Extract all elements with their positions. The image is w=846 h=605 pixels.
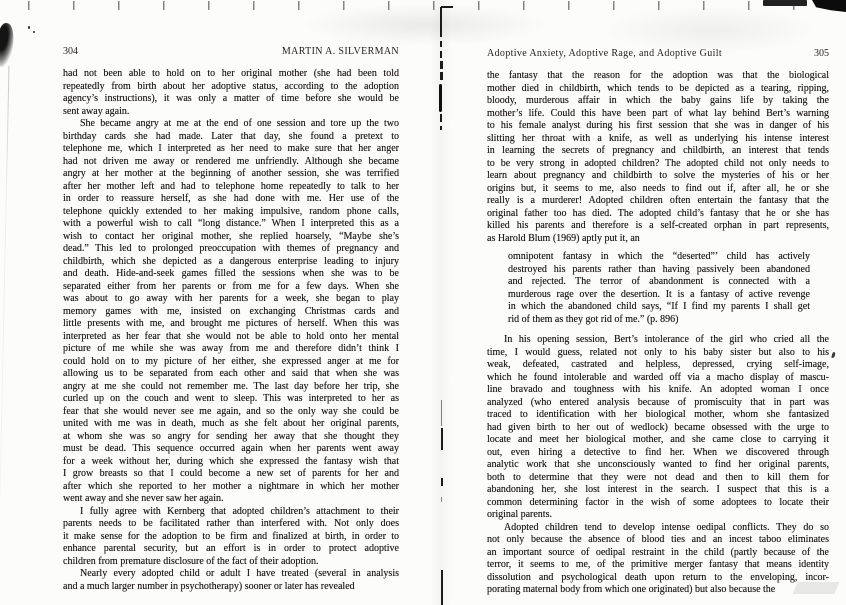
text-line: angry at her mother at the beginning of …	[63, 168, 399, 181]
text-line: mother’s life. Could this have been part…	[487, 108, 829, 121]
text-line: separated either from her parents or fro…	[63, 281, 399, 294]
text-line: original parents.	[487, 509, 829, 522]
paragraph: had not been able to hold on to her orig…	[63, 68, 399, 118]
page-right-header: Adoptive Anxiety, Adoptive Rage, and Ado…	[487, 48, 829, 60]
paragraph: Nearly every adopted child or adult I ha…	[63, 568, 399, 593]
gutter-line-segment	[440, 126, 442, 130]
gutter-line-segment	[439, 84, 442, 112]
gutter-line-segment	[440, 72, 443, 80]
text-line: an important source of oedipal restraint…	[487, 547, 829, 560]
text-line: must be dead. This sequence occurred aga…	[63, 443, 399, 456]
text-line: after which she reported to her mother a…	[63, 481, 399, 494]
text-line: the fantasy that the reason for the adop…	[487, 70, 829, 83]
text-line: was about to go away with her parents fo…	[63, 293, 399, 306]
gutter-line-segment	[440, 51, 442, 58]
text-line: little presents with me, and brought me …	[63, 318, 399, 331]
text-line: line bravado and toughness with his knif…	[487, 384, 829, 397]
gutter-line-segment	[441, 497, 442, 502]
text-line: allowing us to be separated from each ot…	[63, 368, 399, 381]
text-line: at whom she was so angry for sending her…	[63, 431, 399, 444]
text-line: dead.” This led to prolonged preoccupati…	[63, 243, 399, 256]
gutter-line-segment	[441, 478, 443, 486]
text-line: out, even hiring a detective to find her…	[487, 447, 829, 460]
page-number-left: 304	[63, 46, 78, 58]
page-left-header: 304 MARTIN A. SILVERMAN	[63, 46, 399, 58]
text-line: original father too has died. The adopte…	[487, 208, 829, 221]
text-line: She became angry at me at the end of one…	[63, 118, 399, 131]
scanned-book-spread: { "left_page": { "page_number": "304", "…	[0, 0, 846, 605]
text-line: analytic work that she unconsciously wan…	[487, 459, 829, 472]
text-line: as Harold Blum (1969) aptly put it, an	[487, 233, 829, 246]
scan-tick-marks	[28, 1, 846, 10]
text-line: went away and she never saw her again.	[63, 493, 399, 506]
text-line: really is a murderer! Adopted children o…	[487, 195, 829, 208]
text-line: had given birth to her out of wedlock) b…	[487, 422, 829, 435]
text-line: memory games with me, insisted on exchan…	[63, 306, 399, 319]
text-line: bloody, murderous affair in which the ba…	[487, 95, 829, 108]
page-left: 304 MARTIN A. SILVERMAN had not been abl…	[63, 46, 399, 593]
page-number-right: 305	[814, 48, 829, 60]
text-line: both to determine that they were not dea…	[487, 472, 829, 485]
gutter-line-segment	[441, 428, 443, 450]
paragraph: the fantasy that the reason for the adop…	[487, 70, 829, 245]
text-line: mother died in childbirth, which tends t…	[487, 83, 829, 96]
text-line: telephone me, which I interpreted as her…	[63, 143, 399, 156]
scan-ink-blob	[0, 22, 16, 68]
text-line: curled up on the couch and went to sleep…	[63, 393, 399, 406]
text-line: had not been able to hold on to her orig…	[63, 68, 399, 81]
text-line: Nearly every adopted child or adult I ha…	[63, 568, 399, 581]
text-line: origins but, it seems to me, also needs …	[487, 183, 829, 196]
text-line: destroyed his parents rather than having…	[508, 264, 810, 277]
text-line: could hold on to my picture of her eithe…	[63, 356, 399, 369]
text-line: sent away again.	[63, 106, 399, 119]
scan-smudge	[300, 4, 550, 46]
paragraph: She became angry at me at the end of one…	[63, 118, 399, 506]
text-line: in order to reassure herself, as she had…	[63, 193, 399, 206]
text-line: parents needs to be facilitated rather t…	[63, 518, 399, 531]
text-line: had not driven me away or rendered me un…	[63, 156, 399, 169]
text-line: time, I would guess, related not only to…	[487, 347, 829, 360]
text-line: which he found intolerable and warded of…	[487, 372, 829, 385]
text-line: enhance parental security, but an effort…	[63, 543, 399, 556]
gutter-line-segment	[441, 6, 453, 8]
text-line: Adopted children tend to develop intense…	[487, 522, 829, 535]
scan-artifact-top-bar	[763, 0, 807, 6]
running-head-right: Adoptive Anxiety, Adoptive Rage, and Ado…	[487, 48, 722, 60]
gutter-line-segment	[440, 7, 442, 37]
text-line: fear that she would never see me again, …	[63, 406, 399, 419]
text-line: telephone quickly extended to her making…	[63, 206, 399, 219]
text-line: children from premature disclosure of th…	[63, 556, 399, 569]
text-line: angry at me she could not remember me. T…	[63, 381, 399, 394]
text-line: abandoning her, she lost interest in the…	[487, 484, 829, 497]
block-quote: omnipotent fantasy in which the “deserte…	[508, 251, 829, 326]
page-left-body: had not been able to hold on to her orig…	[63, 68, 399, 593]
running-head-left: MARTIN A. SILVERMAN	[282, 46, 399, 58]
paragraph: In his opening session, Bert’s intoleran…	[487, 334, 829, 522]
page-right: Adoptive Anxiety, Adoptive Rage, and Ado…	[487, 48, 829, 597]
text-line: not only because the absence of blood ti…	[487, 534, 829, 547]
text-line: rid of them as they got rid of me.” (p. …	[508, 314, 810, 327]
text-line: I grow breasts so that I could become a …	[63, 468, 399, 481]
text-line: analyzed (who entered analysis because o…	[487, 397, 829, 410]
text-line: common determining factor in the wish of…	[487, 497, 829, 510]
text-line: and death. Hide-and-seek games filled th…	[63, 268, 399, 281]
text-line: it make sense for the adoption to be fir…	[63, 531, 399, 544]
gutter-line-segment	[441, 400, 442, 426]
gutter-line-segment	[441, 570, 443, 605]
text-line: and a much larger number in psychotherap…	[63, 581, 399, 594]
text-line: interpreted as her fear that she would n…	[63, 331, 399, 344]
text-line: locate and meet her biological mother, a…	[487, 434, 829, 447]
text-line: birthday cards she had made. Later that …	[63, 131, 399, 144]
scan-speck	[33, 31, 35, 33]
text-line: with a powerful wish to call “long dista…	[63, 218, 399, 231]
gutter-line-segment	[440, 61, 443, 69]
scan-speck	[831, 352, 835, 359]
text-line: slitting her throat with a knife, as wel…	[487, 133, 829, 146]
paragraph: Adopted children tend to develop intense…	[487, 522, 829, 597]
text-line: repeatedly from birth about her adoptive…	[63, 81, 399, 94]
text-line: murderous rage over the desertion. It is…	[508, 289, 810, 302]
text-line: to be very strong in adopted children? T…	[487, 158, 829, 171]
gutter-line-segment	[440, 114, 442, 122]
text-line: and rejected. The terror of abandonment …	[508, 276, 810, 289]
text-line: In his opening session, Bert’s intoleran…	[487, 334, 829, 347]
scan-smudge	[600, 6, 820, 54]
text-line: learn about pregnancy and childbirth to …	[487, 170, 829, 183]
text-line: terror, it seems to me, of the primitive…	[487, 559, 829, 572]
text-line: in which the abandoned child says, “If I…	[508, 301, 810, 314]
scan-speck	[28, 26, 30, 29]
text-line: in learning the secrets of pregnancy and…	[487, 145, 829, 158]
text-line: killed his parents and therefore is a se…	[487, 220, 829, 233]
page-edge-line	[0, 66, 10, 496]
page-right-body: the fantasy that the reason for the adop…	[487, 70, 829, 597]
scan-artifact-corner-bar	[812, 0, 846, 12]
text-line: united with me was in death, much as she…	[63, 418, 399, 431]
text-line: porating maternal body from which one or…	[487, 584, 829, 597]
paragraph: I fully agree with Kernberg that adopted…	[63, 506, 399, 569]
text-line: weak, defeated, castrated and helpless, …	[487, 359, 829, 372]
text-line: agency’s instructions), it was only a ma…	[63, 93, 399, 106]
text-line: I fully agree with Kernberg that adopted…	[63, 506, 399, 519]
text-line: after her mother left and had to telepho…	[63, 181, 399, 194]
text-line: traced to identification with her biolog…	[487, 409, 829, 422]
gutter-shadow	[430, 0, 452, 605]
text-line: dissolution and psychological death upon…	[487, 572, 829, 585]
text-line: omnipotent fantasy in which the “deserte…	[508, 251, 810, 264]
text-line: childbirth, which she depicted as a dang…	[63, 256, 399, 269]
text-line: for a week without her, during which she…	[63, 456, 399, 469]
text-line: picture of me while she was away from me…	[63, 343, 399, 356]
text-line: wish to contact her original mother, she…	[63, 231, 399, 244]
text-line: to his female analyst during his first s…	[487, 120, 829, 133]
gutter-line-segment	[440, 41, 442, 47]
